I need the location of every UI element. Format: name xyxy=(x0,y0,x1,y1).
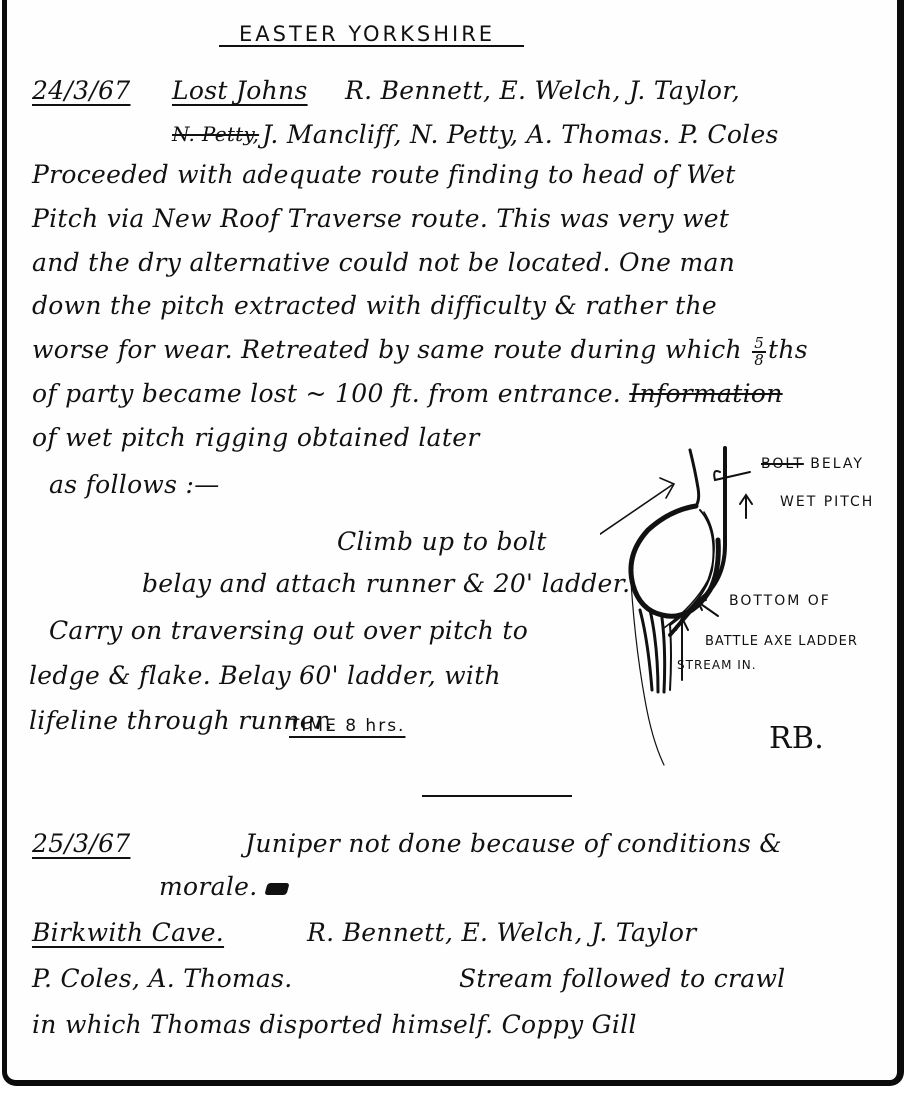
entry2-cave-name: Birkwith Cave. xyxy=(32,918,224,947)
entry2-party-line2: P. Coles, A. Thomas. xyxy=(32,964,293,993)
entry1-body-line4: down the pitch extracted with difficulty… xyxy=(32,291,717,320)
struck-word: Information xyxy=(629,379,782,408)
entry2-line1: Juniper not done because of conditions & xyxy=(245,829,782,858)
entry1-body-line5-text: worse for wear. Retreated by same route … xyxy=(32,335,742,364)
entry1-body-line3: and the dry alternative could not be loc… xyxy=(32,248,735,277)
rigging-line2: belay and attach runner & 20' ladder. xyxy=(142,569,630,598)
entry1-body-line2: Pitch via New Roof Traverse route. This … xyxy=(32,204,729,233)
entry2-date: 25/3/67 xyxy=(32,829,130,858)
entry1-body-line8: as follows :— xyxy=(49,470,220,499)
entry1-party-line1: R. Bennett, E. Welch, J. Taylor, xyxy=(345,76,740,105)
entry1-body-line6-text: of party became lost ~ 100 ft. from entr… xyxy=(32,379,621,408)
entry2-line2-text: morale. xyxy=(159,872,257,901)
fraction: 5 8 xyxy=(752,336,766,368)
entry1-party-struck: N. Petty, xyxy=(172,122,259,146)
rigging-line3: Carry on traversing out over pitch to xyxy=(49,616,528,645)
entry-divider xyxy=(422,795,572,797)
entry1-party-line2: J. Mancliff, N. Petty, A. Thomas. P. Col… xyxy=(262,120,779,149)
heading-underline xyxy=(219,45,524,47)
entry1-body-line7: of wet pitch rigging obtained later xyxy=(32,423,480,452)
rigging-line5: lifeline through runner. xyxy=(29,706,333,735)
page-heading: EASTER YORKSHIRE xyxy=(239,22,495,46)
fraction-denominator: 8 xyxy=(752,353,766,368)
entry1-cave-name: Lost Johns xyxy=(172,76,308,105)
entry1-body-line5: worse for wear. Retreated by same route … xyxy=(32,335,808,368)
entry2-body-line2: Stream followed to crawl xyxy=(459,964,785,993)
fraction-suffix: ths xyxy=(768,335,808,364)
entry1-body-line6: of party became lost ~ 100 ft. from entr… xyxy=(32,379,783,408)
entry1-body-line1: Proceeded with adequate route finding to… xyxy=(32,160,736,189)
entry2-body-line3: in which Thomas disported himself. Coppy… xyxy=(32,1010,637,1039)
rigging-line1: Climb up to bolt xyxy=(337,527,547,556)
entry1-time: TIME 8 hrs. xyxy=(289,716,405,736)
ink-scribble xyxy=(264,883,289,895)
rigging-line4: ledge & flake. Belay 60' ladder, with xyxy=(29,661,501,690)
entry2-party-line1: R. Bennett, E. Welch, J. Taylor xyxy=(307,918,697,947)
entry1-date: 24/3/67 xyxy=(32,76,130,105)
fraction-numerator: 5 xyxy=(752,336,766,353)
entry2-line2: morale. xyxy=(159,872,288,901)
pitch-sketch xyxy=(600,440,910,770)
